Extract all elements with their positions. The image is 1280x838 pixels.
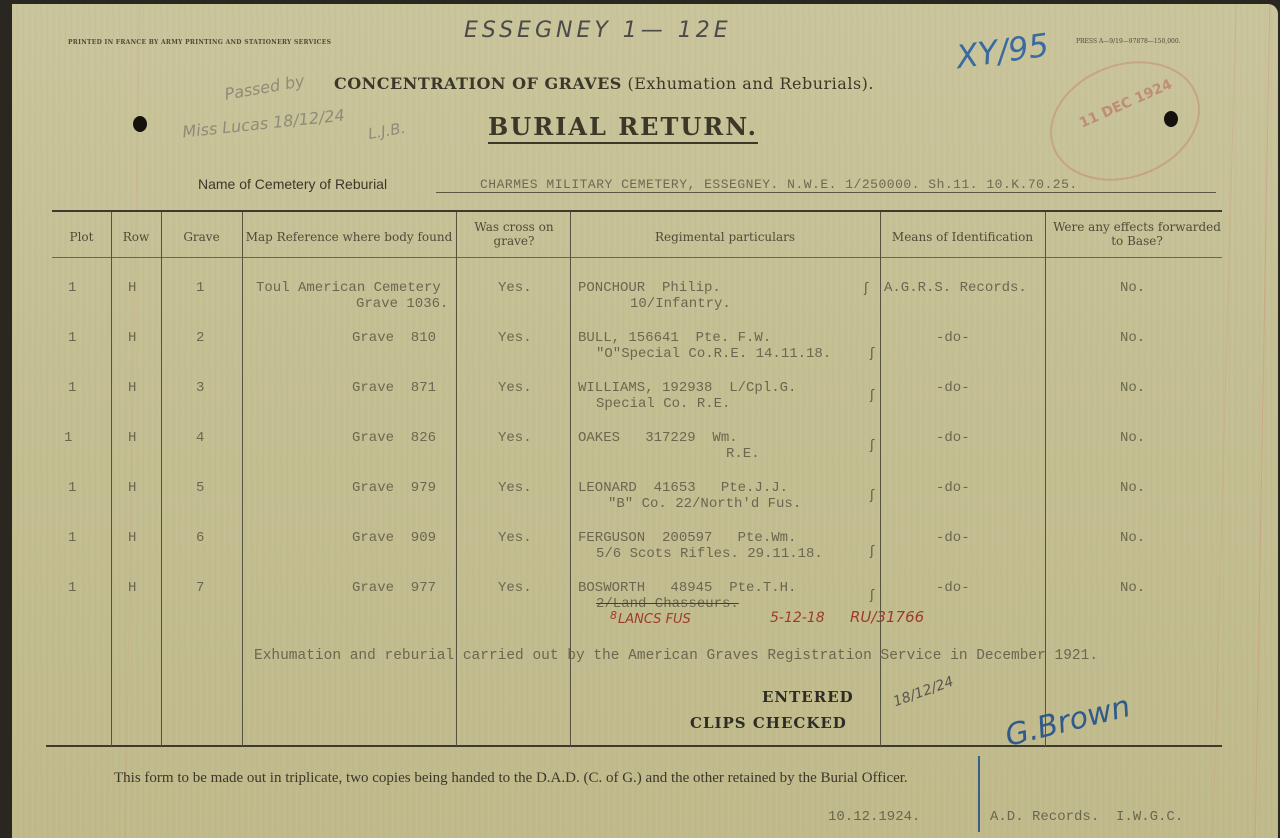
- pencil-initials: L.J.B.: [367, 119, 407, 143]
- column-divider: [570, 212, 571, 746]
- cell-cross: Yes.: [498, 480, 532, 497]
- table-top-rule: [52, 210, 1222, 212]
- cell-grave: 7: [196, 580, 204, 597]
- cell-plot: 1: [68, 330, 76, 347]
- cell-map-ref: Grave 810: [352, 330, 436, 347]
- paper-margin-line: [1212, 4, 1236, 838]
- cell-map-ref: Grave 979: [352, 480, 436, 497]
- correction-date: 5-12-18: [770, 610, 825, 626]
- punch-hole: [1164, 111, 1178, 127]
- cell-identification: -do-: [936, 330, 970, 347]
- stamp-initials-date: 18/12/24: [891, 674, 956, 711]
- footer-office: A.D. Records. I.W.G.C.: [990, 809, 1183, 826]
- column-divider: [880, 212, 881, 746]
- cell-effects: No.: [1120, 530, 1145, 547]
- cell-effects: No.: [1120, 330, 1145, 347]
- cell-cross: Yes.: [498, 280, 532, 297]
- cell-regimental: FERGUSON 200597 Pte.Wm.: [578, 530, 796, 547]
- cell-row: H: [128, 580, 136, 597]
- cell-grave: 2: [196, 330, 204, 347]
- check-mark-icon: ʃ: [870, 544, 874, 559]
- punch-hole: [133, 116, 147, 132]
- column-header-row: Row: [111, 230, 161, 244]
- cell-cross: Yes.: [498, 380, 532, 397]
- blue-pencil-reference: XY/95: [954, 26, 1051, 77]
- cell-identification: -do-: [936, 480, 970, 497]
- column-header-grave: Grave: [161, 230, 242, 244]
- pencil-note: Miss Lucas 18/12/24: [181, 106, 345, 142]
- burial-return-form: PRINTED IN FRANCE BY ARMY PRINTING AND S…: [12, 4, 1278, 838]
- form-subtitle: BURIAL RETURN.: [488, 112, 758, 144]
- printer-note: PRINTED IN FRANCE BY ARMY PRINTING AND S…: [68, 39, 331, 46]
- cell-plot: 1: [68, 530, 76, 547]
- cell-regimental: "O"Special Co.R.E. 14.11.18.: [596, 346, 831, 363]
- cemetery-label: Name of Cemetery of Reburial: [198, 176, 387, 192]
- cell-grave: 6: [196, 530, 204, 547]
- cell-plot: 1: [68, 480, 76, 497]
- check-mark-icon: ʃ: [870, 388, 874, 403]
- cell-regimental: LEONARD 41653 Pte.J.J.: [578, 480, 788, 497]
- cell-effects: No.: [1120, 580, 1145, 597]
- cell-plot: 1: [64, 430, 72, 447]
- column-divider: [161, 212, 162, 746]
- column-divider: [456, 212, 457, 746]
- cell-row: H: [128, 480, 136, 497]
- check-mark-icon: ʃ: [870, 588, 874, 603]
- cell-map-ref: Grave 909: [352, 530, 436, 547]
- handwritten-cemetery-reference: ESSEGNEY 1— 12E: [464, 18, 732, 43]
- cell-identification: A.G.R.S. Records.: [884, 280, 1027, 297]
- paper-margin-line: [1255, 4, 1271, 838]
- cell-cross: Yes.: [498, 580, 532, 597]
- cell-plot: 1: [68, 580, 76, 597]
- cell-grave: 3: [196, 380, 204, 397]
- cell-plot: 1: [68, 380, 76, 397]
- cell-regimental: 5/6 Scots Rifles. 29.11.18.: [596, 546, 823, 563]
- cell-effects: No.: [1120, 380, 1145, 397]
- column-header-plot: Plot: [52, 230, 111, 244]
- cell-regimental: R.E.: [726, 446, 760, 463]
- cell-row: H: [128, 430, 136, 447]
- cell-regimental-struck: 2/Land Chasseurs.: [596, 596, 739, 613]
- triplicate-instruction: This form to be made out in triplicate, …: [114, 770, 908, 787]
- cell-identification: -do-: [936, 430, 970, 447]
- column-header-cross: Was cross on grave?: [464, 220, 564, 248]
- cell-grave: 5: [196, 480, 204, 497]
- cell-row: H: [128, 530, 136, 547]
- cell-cross: Yes.: [498, 530, 532, 547]
- cell-grave: 4: [196, 430, 204, 447]
- cell-regimental: OAKES 317229 Wm.: [578, 430, 738, 447]
- blue-ink-divider: [978, 756, 980, 832]
- column-header-effects: Were any effects forwarded to Base?: [1048, 220, 1226, 248]
- cell-map-ref: Toul American Cemetery: [256, 280, 441, 297]
- cemetery-name-value: CHARMES MILITARY CEMETERY, ESSEGNEY. N.W…: [436, 177, 1216, 193]
- cell-effects: No.: [1120, 280, 1145, 297]
- cell-row: H: [128, 280, 136, 297]
- check-mark-icon: ʃ: [870, 488, 874, 503]
- cell-cross: Yes.: [498, 330, 532, 347]
- cell-map-ref: Grave 871: [352, 380, 436, 397]
- cell-plot: 1: [68, 280, 76, 297]
- cell-regimental: BOSWORTH 48945 Pte.T.H.: [578, 580, 796, 597]
- column-divider: [242, 212, 243, 746]
- clips-checked-stamp: CLIPS CHECKED: [690, 714, 847, 732]
- correction-prefix: 8: [610, 609, 617, 622]
- cell-map-ref: Grave 1036.: [356, 296, 448, 313]
- form-title: CONCENTRATION OF GRAVES (Exhumation and …: [334, 74, 874, 93]
- table-header-rule: [52, 257, 1222, 258]
- entered-stamp: ENTERED: [762, 688, 854, 706]
- cell-regimental: WILLIAMS, 192938 L/Cpl.G.: [578, 380, 796, 397]
- cell-cross: Yes.: [498, 430, 532, 447]
- cell-map-ref: Grave 977: [352, 580, 436, 597]
- correction-unit: LANCS FUS: [618, 612, 691, 627]
- column-header-map-reference: Map Reference where body found: [242, 230, 456, 244]
- cell-effects: No.: [1120, 430, 1145, 447]
- correction-reference: RU/31766: [850, 608, 924, 626]
- form-title-caps: CONCENTRATION OF GRAVES: [334, 74, 622, 93]
- cell-regimental: "B" Co. 22/North'd Fus.: [608, 496, 801, 513]
- cell-effects: No.: [1120, 480, 1145, 497]
- exhumation-remark: Exhumation and reburial carried out by t…: [254, 648, 1098, 665]
- cell-regimental: PONCHOUR Philip.: [578, 280, 721, 297]
- cell-identification: -do-: [936, 580, 970, 597]
- column-divider: [1045, 212, 1046, 746]
- cell-identification: -do-: [936, 530, 970, 547]
- footer-date: 10.12.1924.: [828, 809, 920, 826]
- cell-regimental: Special Co. R.E.: [596, 396, 730, 413]
- column-divider: [111, 212, 112, 746]
- cell-regimental: 10/Infantry.: [630, 296, 731, 313]
- check-mark-icon: ʃ: [864, 281, 868, 296]
- column-header-regimental-particulars: Regimental particulars: [570, 230, 880, 244]
- cell-regimental: BULL, 156641 Pte. F.W.: [578, 330, 771, 347]
- press-note: PRESS A—9/19—97878—150,000.: [1076, 38, 1181, 45]
- column-header-identification: Means of Identification: [880, 230, 1045, 244]
- cell-grave: 1: [196, 280, 204, 297]
- cell-map-ref: Grave 826: [352, 430, 436, 447]
- check-mark-icon: ʃ: [870, 346, 874, 361]
- check-mark-icon: ʃ: [870, 438, 874, 453]
- pencil-note: Passed by: [223, 71, 306, 104]
- form-title-rest: (Exhumation and Reburials).: [627, 74, 874, 93]
- cell-row: H: [128, 380, 136, 397]
- cell-row: H: [128, 330, 136, 347]
- cell-identification: -do-: [936, 380, 970, 397]
